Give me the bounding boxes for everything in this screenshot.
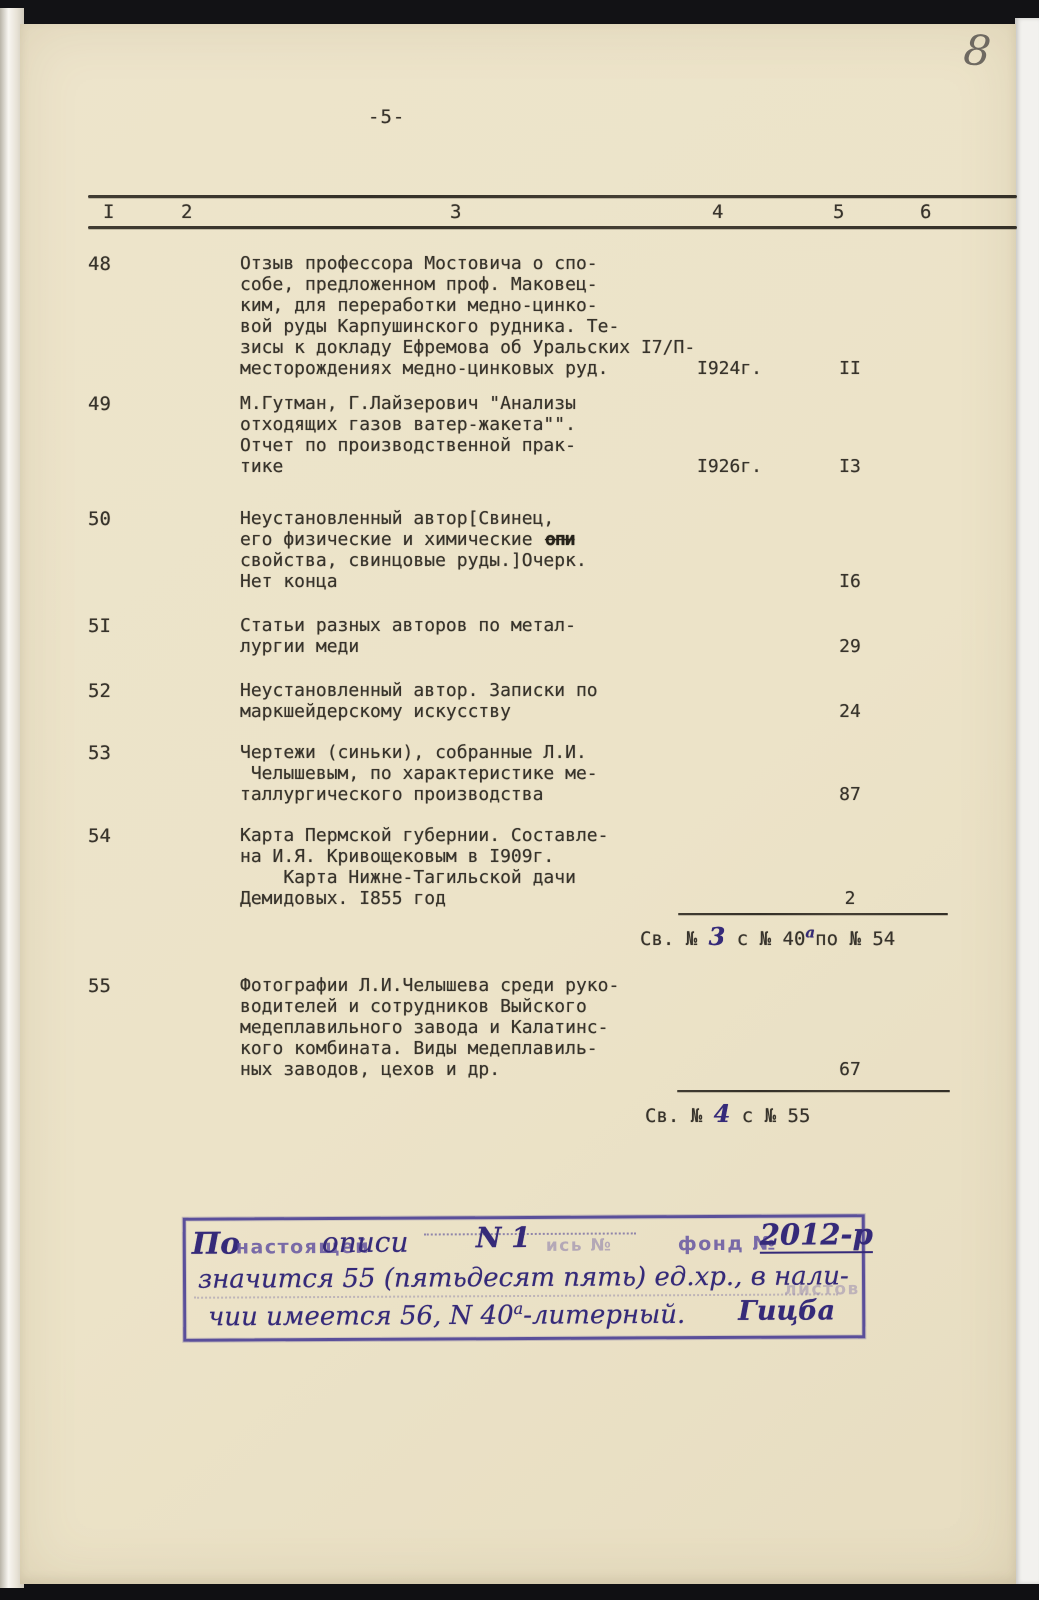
entry-description: Чертежи (синьки), собранные Л.И. Челышев… bbox=[240, 742, 598, 805]
column-header-5: 5 bbox=[833, 201, 844, 223]
bundle-number-handwritten: 4 bbox=[714, 1099, 731, 1128]
entry-count: 2 bbox=[824, 888, 876, 909]
page-number: -5- bbox=[368, 106, 405, 128]
overstruck-typo: опи bbox=[545, 529, 575, 550]
entry-number: 54 bbox=[88, 825, 111, 847]
entry-description: Отзыв профессора Мостовича о спо- собе, … bbox=[240, 253, 695, 379]
stamp-signature: Гицба bbox=[738, 1295, 835, 1327]
table-header-rule-top bbox=[88, 195, 1017, 198]
entry-date: I926г. bbox=[697, 456, 762, 477]
stamp-handwritten-po: По bbox=[192, 1226, 241, 1261]
entry-description: Неустановленный автор. Записки по маркше… bbox=[240, 680, 598, 722]
stamp-handwritten-opisi: описи bbox=[322, 1226, 409, 1259]
stamp-handwritten-fond-value: 2012-р bbox=[760, 1217, 873, 1254]
sheet-number-pencil: 8 bbox=[962, 25, 994, 77]
entry-description: М.Гутман, Г.Лайзерович "Анализы отходящи… bbox=[240, 393, 576, 477]
entry-number: 48 bbox=[88, 253, 111, 275]
page-content: 8 -5- I 2 3 4 5 6 48 Отзыв профессора Мо… bbox=[0, 0, 1039, 1600]
bundle-note-prefix: Св. № bbox=[645, 1105, 714, 1127]
entry-number: 53 bbox=[88, 742, 111, 764]
column-header-1: I bbox=[103, 201, 114, 223]
bundle-note-underline bbox=[677, 1090, 950, 1092]
scanned-document: 8 -5- I 2 3 4 5 6 48 Отзыв профессора Мо… bbox=[0, 0, 1039, 1600]
bundle-note-1: Св. № 3 с № 40апо № 54 bbox=[640, 922, 895, 951]
entry-date: I924г. bbox=[697, 358, 762, 379]
bundle-note-range: с № 40 bbox=[725, 928, 805, 950]
bundle-note-suffix: по № 54 bbox=[815, 928, 895, 950]
letter-index-superscript: а bbox=[805, 924, 815, 942]
entry-count: II bbox=[824, 358, 876, 379]
entry-number: 52 bbox=[88, 680, 111, 702]
column-header-2: 2 bbox=[181, 201, 192, 223]
entry-count: 29 bbox=[824, 636, 876, 657]
entry-count: 87 bbox=[824, 784, 876, 805]
stamp-handwritten-line2: значится 55 (пятьдесят пять) ед.хр., в н… bbox=[198, 1261, 849, 1294]
entry-description: Неустановленный автор[Свинец, его физиче… bbox=[240, 508, 587, 592]
entry-count: I3 bbox=[824, 456, 876, 477]
bundle-note-suffix: с № 55 bbox=[730, 1105, 810, 1127]
stamp-line3-text: -литерный. bbox=[523, 1300, 685, 1331]
entry-number: 5I bbox=[88, 615, 111, 637]
entry-number: 49 bbox=[88, 393, 111, 415]
column-header-6: 6 bbox=[920, 201, 931, 223]
bundle-note-2: Св. № 4 с № 55 bbox=[645, 1099, 810, 1128]
bundle-note-underline bbox=[678, 913, 948, 915]
stamp-line3-text: чии имеется 56, N 40 bbox=[208, 1301, 514, 1333]
bundle-number-handwritten: 3 bbox=[709, 922, 726, 951]
entry-description: Статьи разных авторов по метал- лургии м… bbox=[240, 615, 576, 657]
entry-number: 50 bbox=[88, 508, 111, 530]
entry-count: I6 bbox=[824, 571, 876, 592]
entry-description: Фотографии Л.И.Челышева среди руко- води… bbox=[240, 975, 619, 1080]
entry-description: Карта Пермской губернии. Составле- на И.… bbox=[240, 825, 608, 909]
table-header-rule-bottom bbox=[88, 226, 1017, 229]
certification-stamp: По настоящей описи N 1 ись № фонд № 2012… bbox=[183, 1214, 866, 1342]
column-header-3: 3 bbox=[450, 201, 461, 223]
entry-count: 24 bbox=[824, 701, 876, 722]
entry-number: 55 bbox=[88, 975, 111, 997]
stamp-printed-opis-no: ись № bbox=[546, 1236, 613, 1256]
stamp-handwritten-number: N 1 bbox=[476, 1221, 531, 1254]
stamp-handwritten-line3: чии имеется 56, N 40а-литерный. bbox=[208, 1298, 685, 1332]
column-header-4: 4 bbox=[712, 201, 723, 223]
bundle-note-prefix: Св. № bbox=[640, 928, 709, 950]
entry-count: 67 bbox=[824, 1059, 876, 1080]
letter-index-superscript: а bbox=[514, 1299, 524, 1318]
